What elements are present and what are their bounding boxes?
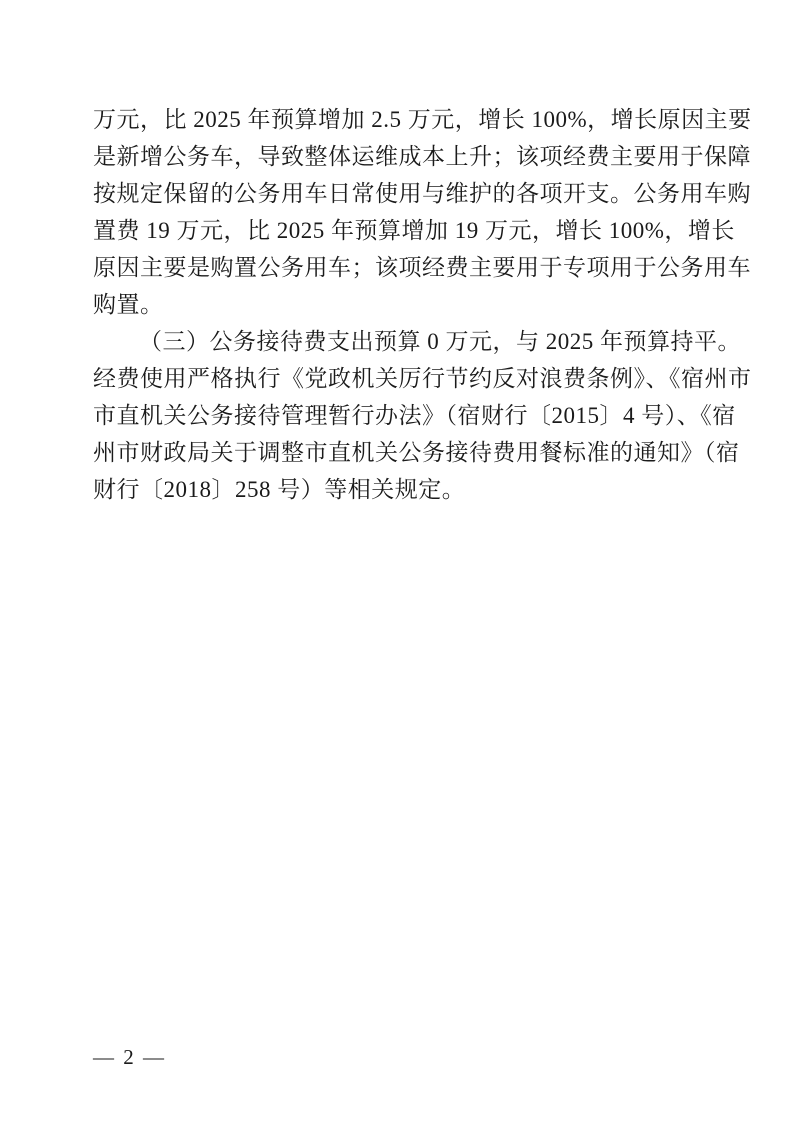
- text-line: 置费 19 万元，比 2025 年预算增加 19 万元，增长 100%，增长: [93, 212, 688, 249]
- paragraph-reception-expenses: （三）公务接待费支出预算 0 万元，与 2025 年预算持平。 经费使用严格执行…: [93, 323, 688, 508]
- text-line: 州市财政局关于调整市直机关公务接待费用餐标准的通知》（宿: [93, 434, 688, 471]
- paragraph-vehicle-expenses: 万元，比 2025 年预算增加 2.5 万元，增长 100%，增长原因主要 是新…: [93, 101, 688, 323]
- text-line: 万元，比 2025 年预算增加 2.5 万元，增长 100%，增长原因主要: [93, 101, 688, 138]
- document-page: 万元，比 2025 年预算增加 2.5 万元，增长 100%，增长原因主要 是新…: [0, 0, 793, 1122]
- document-body: 万元，比 2025 年预算增加 2.5 万元，增长 100%，增长原因主要 是新…: [93, 101, 688, 508]
- text-line: 按规定保留的公务用车日常使用与维护的各项开支。公务用车购: [93, 175, 688, 212]
- text-line: 购置。: [93, 286, 688, 323]
- page-number: — 2 —: [93, 1042, 166, 1072]
- text-line: 是新增公务车，导致整体运维成本上升；该项经费主要用于保障: [93, 138, 688, 175]
- text-line: 经费使用严格执行《党政机关厉行节约反对浪费条例》、《宿州市: [93, 360, 688, 397]
- text-line: 财行〔2018〕258 号）等相关规定。: [93, 471, 688, 508]
- text-line: （三）公务接待费支出预算 0 万元，与 2025 年预算持平。: [93, 323, 688, 360]
- text-line: 原因主要是购置公务用车；该项经费主要用于专项用于公务用车: [93, 249, 688, 286]
- text-line: 市直机关公务接待管理暂行办法》（宿财行〔2015〕4 号）、《宿: [93, 397, 688, 434]
